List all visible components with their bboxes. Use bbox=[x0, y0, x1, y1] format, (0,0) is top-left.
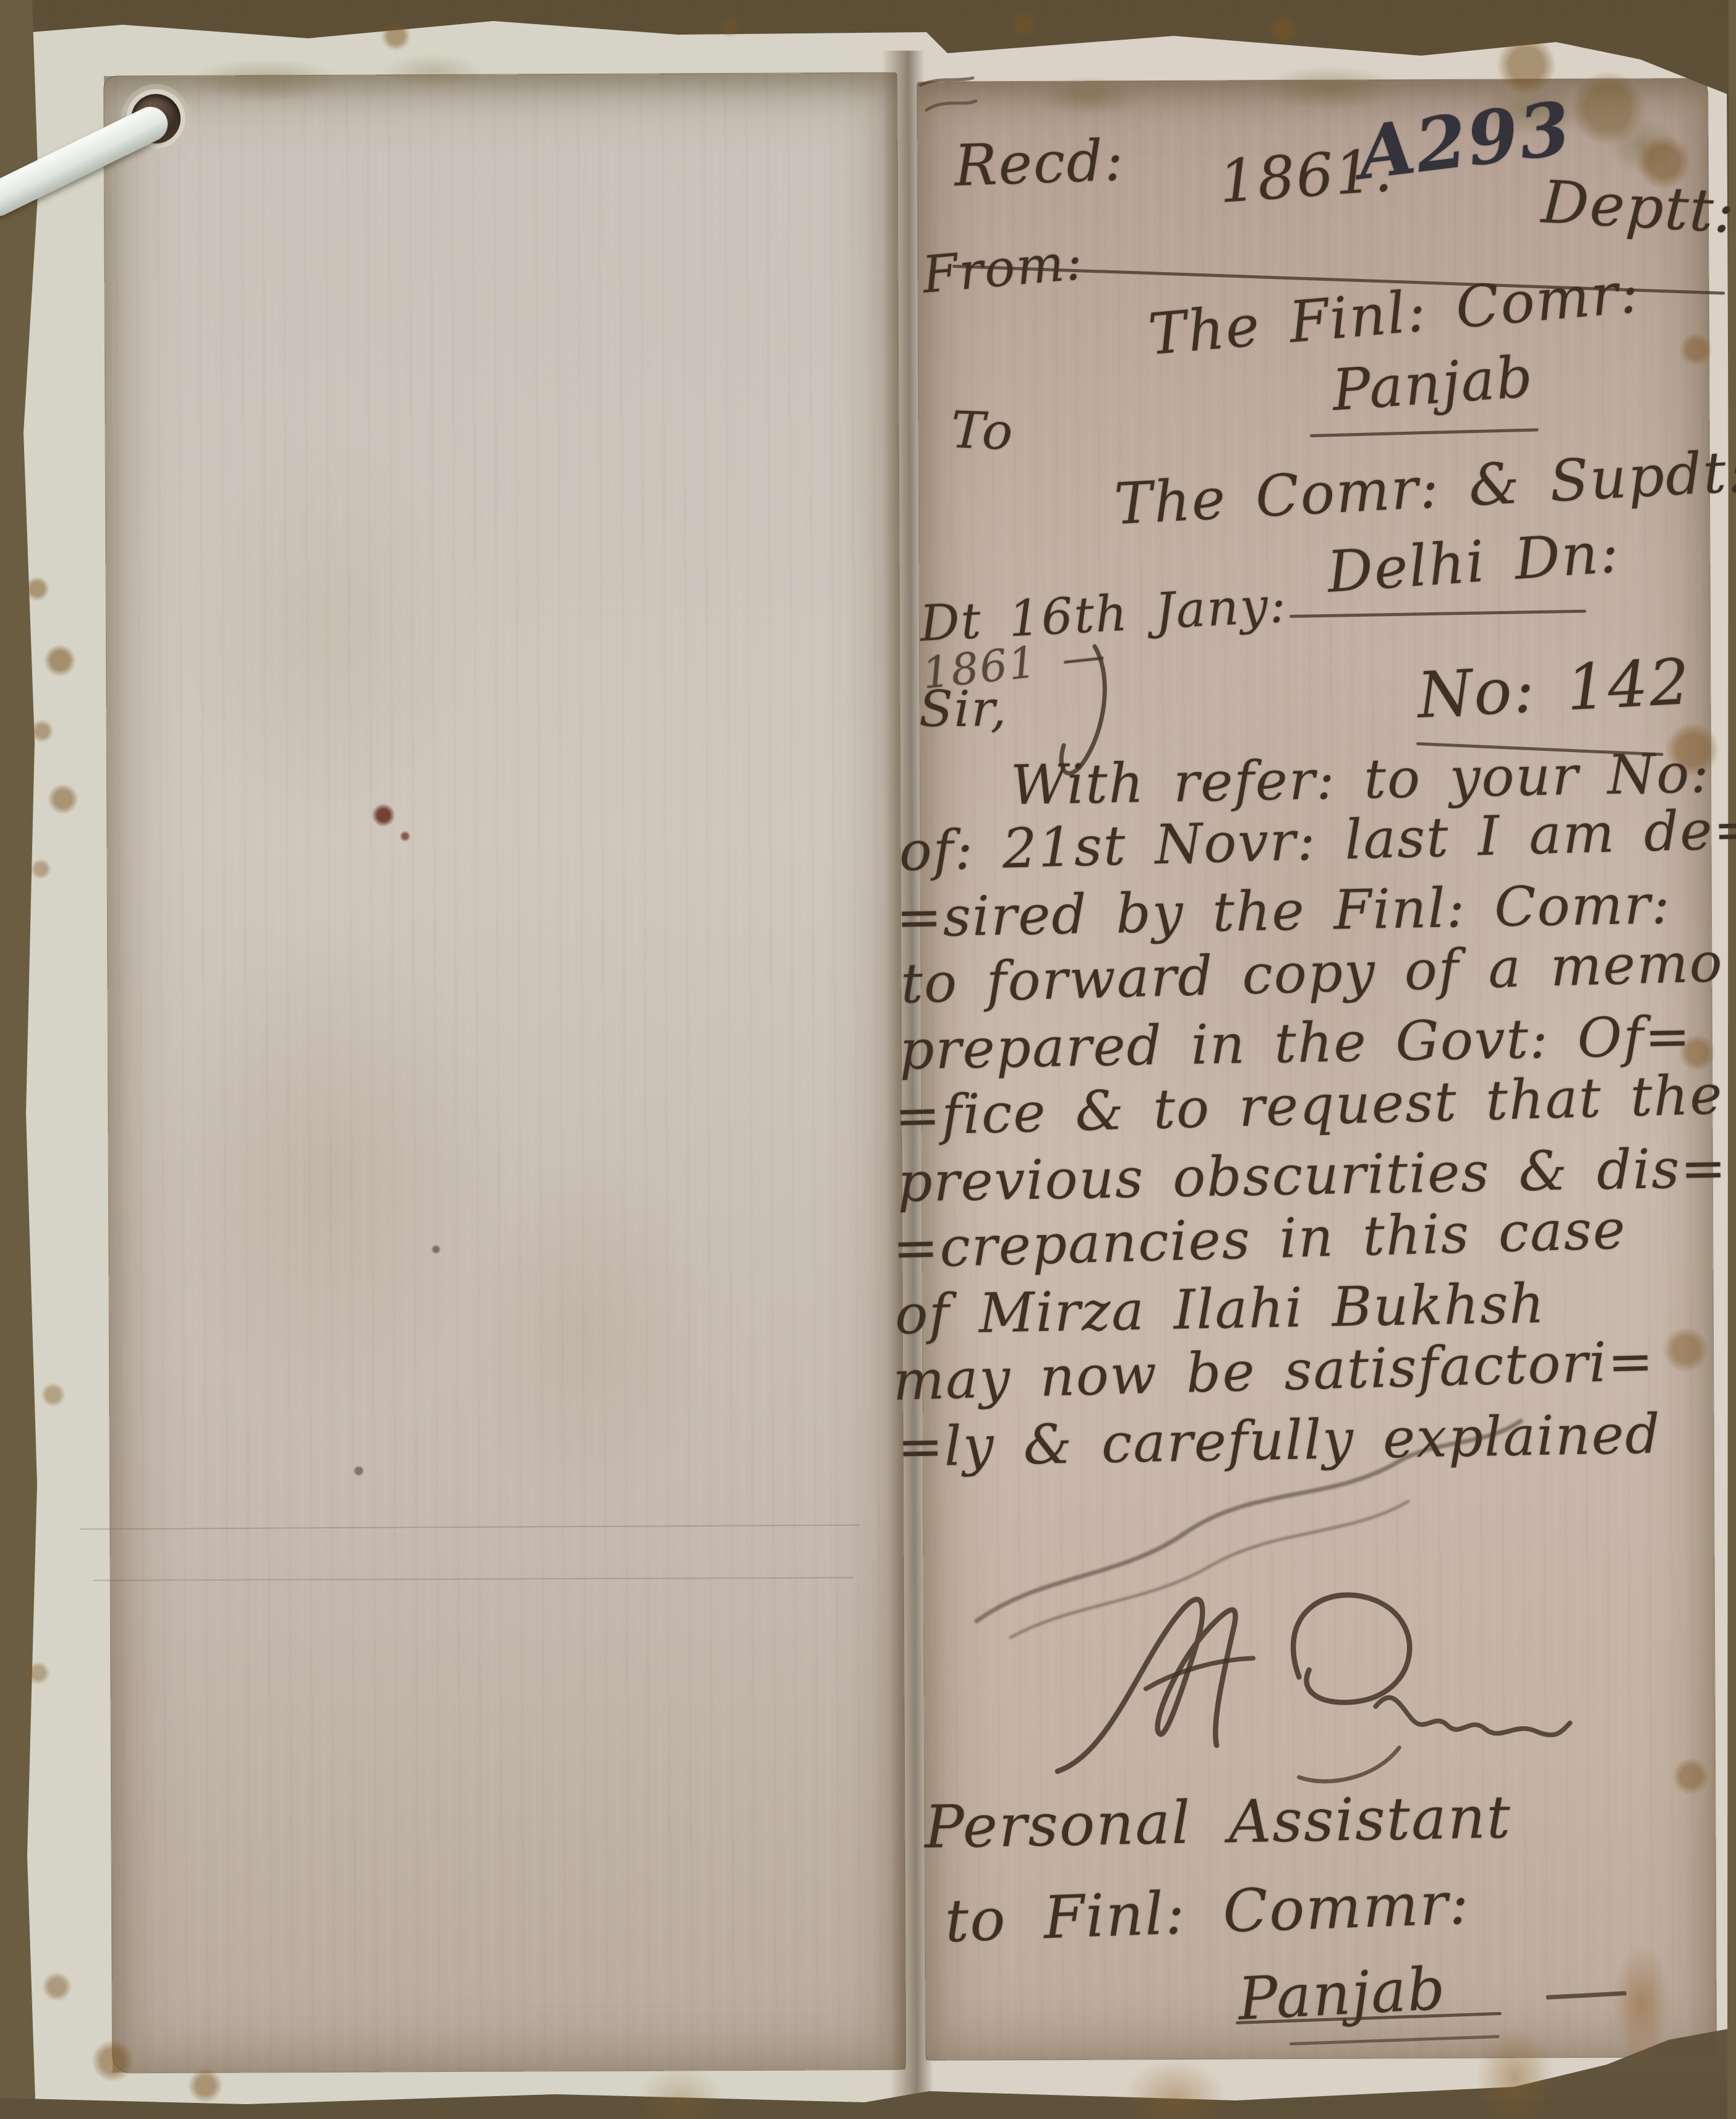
signoff-place-underline-2 bbox=[1289, 2035, 1500, 2045]
letter-number: No: 142 bbox=[1416, 645, 1693, 733]
signoff-title: Personal Assistant bbox=[924, 1783, 1512, 1862]
from-place-underline bbox=[1310, 428, 1539, 437]
stray-ink-marks bbox=[914, 73, 982, 166]
signoff-dash bbox=[1546, 1991, 1627, 2000]
manuscript-text: Recd: 1861. A293 Deptt: From: The Finl: … bbox=[0, 0, 1736, 2119]
to-label: To bbox=[950, 401, 1015, 461]
to-value: The Comr: & Supdt: bbox=[1113, 439, 1736, 537]
signature bbox=[1008, 1571, 1602, 1818]
signoff-office: to Finl: Commr: bbox=[944, 1869, 1471, 1956]
to-place-underline bbox=[1289, 610, 1586, 618]
from-place: Panjab bbox=[1330, 344, 1536, 424]
department-label: Deptt: bbox=[1540, 168, 1736, 246]
to-place: Delhi Dn: bbox=[1325, 519, 1622, 606]
from-label: From: bbox=[920, 233, 1086, 305]
archival-photo: Recd: 1861. A293 Deptt: From: The Finl: … bbox=[0, 0, 1736, 2119]
salutation: Sir, bbox=[919, 680, 1007, 738]
